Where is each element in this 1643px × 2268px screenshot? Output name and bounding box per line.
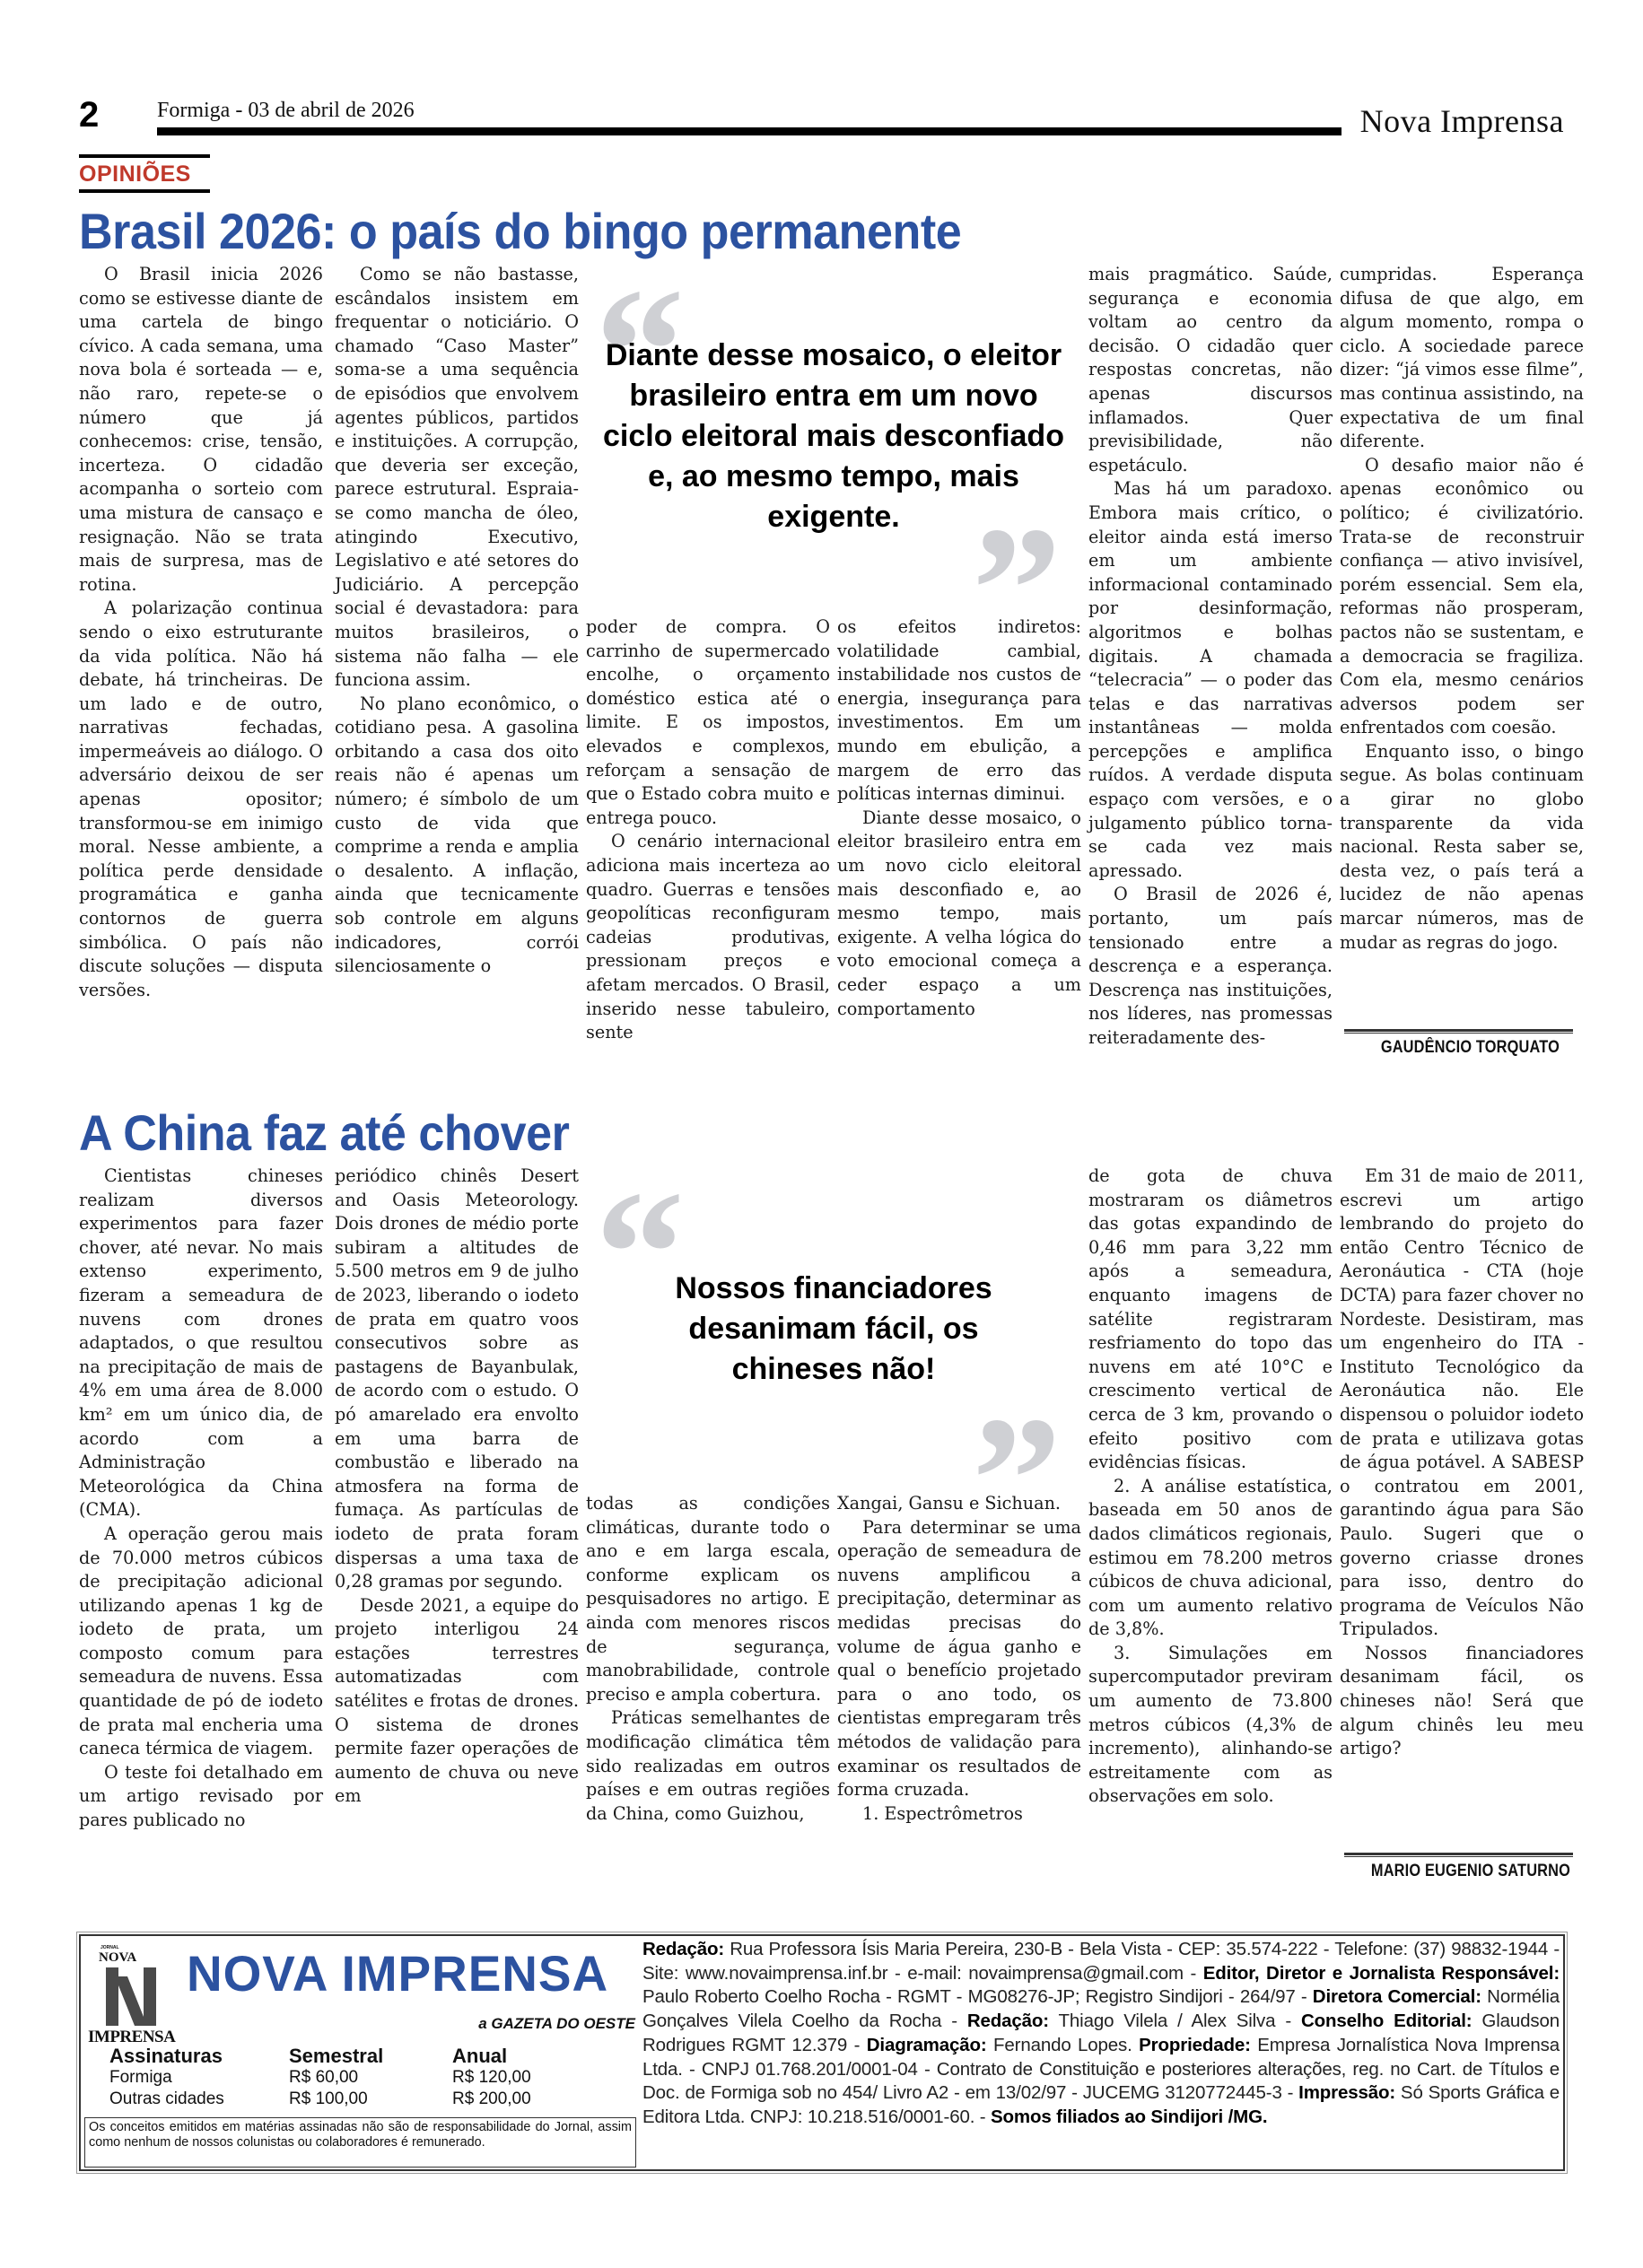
- newspaper-name: Nova Imprensa: [1360, 102, 1564, 140]
- imprint-label: Impressão:: [1298, 2082, 1395, 2103]
- imprint-value: Fernando Lopes.: [987, 2035, 1140, 2055]
- imprint-label: Conselho Editorial:: [1301, 2011, 1472, 2031]
- imprint-label: Redação:: [642, 1939, 724, 1959]
- pull-quote: “ Diante desse mosaico, o eleitor brasil…: [586, 269, 1081, 610]
- paragraph: de gota de chuva mostraram os diâmetros …: [1088, 1165, 1333, 1475]
- subscription-city: Outras cidades: [109, 2089, 289, 2109]
- author-signature: GAUDÊNCIO TORQUATO: [1315, 1038, 1560, 1058]
- paragraph: todas as condições climáticas, durante t…: [586, 1492, 830, 1706]
- article-column: cumpridas. Esperança difusa de que algo,…: [1340, 263, 1584, 955]
- imprint-value: Paulo Roberto Coelho Rocha - RGMT - MG08…: [642, 1986, 1313, 2007]
- imprint-label: Editor, Diretor e Jornalista Responsável…: [1203, 1963, 1560, 1984]
- paragraph: 2. A análise estatística, baseada em 50 …: [1088, 1475, 1333, 1642]
- page-number: 2: [79, 97, 99, 133]
- article-column: periódico chinês Desert and Oasis Meteor…: [335, 1165, 579, 1809]
- paragraph: O Brasil de 2026 é, portanto, um país te…: [1088, 883, 1333, 1050]
- paragraph: Diante desse mosaico, o eleitor brasilei…: [837, 807, 1081, 1021]
- close-quote-icon: ”: [972, 1391, 1062, 1570]
- paragraph: Enquanto isso, o bingo segue. As bolas c…: [1340, 740, 1584, 955]
- paragraph: Como se não bastasse, escândalos insiste…: [335, 263, 579, 693]
- imprint-label: Diretora Comercial:: [1313, 1986, 1481, 2007]
- paragraph: O Brasil inicia 2026 como se estivesse d…: [79, 263, 323, 597]
- article-column: O Brasil inicia 2026 como se estivesse d…: [79, 263, 323, 1002]
- article-column: mais pragmático. Saúde, segurança e econ…: [1088, 263, 1333, 1051]
- article-headline: Brasil 2026: o país do bingo permanente: [79, 205, 961, 258]
- subscription-annual-price: R$ 120,00: [452, 2068, 596, 2088]
- paragraph: Práticas semelhantes de modificação clim…: [586, 1706, 830, 1826]
- logo-n-icon: [106, 1967, 156, 2026]
- paragraph: cumpridas. Esperança difusa de que algo,…: [1340, 263, 1584, 454]
- paragraph: Em 31 de maio de 2011, escrevi um artigo…: [1340, 1165, 1584, 1642]
- paragraph: Desde 2021, a equipe do projeto interlig…: [335, 1594, 579, 1809]
- pull-quote: “ Nossos financiadores desanimam fácil, …: [586, 1166, 1081, 1489]
- masthead-box: JORNAL NOVA IMPRENSA NOVA IMPRENSA a GAZ…: [79, 1934, 1565, 2171]
- paragraph: periódico chinês Desert and Oasis Meteor…: [335, 1165, 579, 1594]
- pull-quote-text: Nossos financiadores desanimam fácil, os…: [586, 1269, 1081, 1390]
- subscriptions-row: Outras cidades R$ 100,00 R$ 200,00: [109, 2089, 596, 2110]
- subscription-annual-price: R$ 200,00: [452, 2089, 596, 2109]
- signature-rule: [1344, 1853, 1573, 1857]
- imprint-label: Redação:: [967, 2011, 1049, 2031]
- subscriptions-table: Assinaturas Semestral Anual Formiga R$ 6…: [109, 2046, 596, 2110]
- subscription-semestral-price: R$ 60,00: [289, 2068, 452, 2088]
- disclaimer: Os conceitos emitidos em matérias assina…: [84, 2117, 636, 2168]
- article-column: poder de compra. O carrinho de supermerc…: [586, 615, 830, 1045]
- subscriptions-header: Anual: [452, 2045, 596, 2068]
- newspaper-logo: JORNAL NOVA IMPRENSA: [88, 1945, 169, 2044]
- paragraph: mais pragmático. Saúde, segurança e econ…: [1088, 263, 1333, 477]
- paragraph: A operação gerou mais de 70.000 metros c…: [79, 1522, 323, 1761]
- paragraph: A polarização continua sendo o eixo estr…: [79, 597, 323, 1002]
- subscriptions-header-row: Assinaturas Semestral Anual: [109, 2046, 596, 2067]
- imprint-label: Somos filiados ao Sindijori /MG.: [991, 2107, 1267, 2127]
- paragraph: No plano econômico, o cotidiano pesa. A …: [335, 693, 579, 979]
- header-rule: [157, 127, 1341, 135]
- paragraph: 1. Espectrômetros: [837, 1802, 1081, 1827]
- paragraph: O teste foi detalhado em um artigo revis…: [79, 1761, 323, 1833]
- imprint-value: Thiago Vilela / Alex Silva -: [1049, 2011, 1301, 2031]
- author-signature: MARIO EUGENIO SATURNO: [1315, 1862, 1570, 1881]
- article-column: Em 31 de maio de 2011, escrevi um artigo…: [1340, 1165, 1584, 1761]
- imprint-label: Propriedade:: [1139, 2035, 1251, 2055]
- paragraph: Mas há um paradoxo. Embora mais crítico,…: [1088, 477, 1333, 883]
- paragraph: O cenário internacional adiciona mais in…: [586, 830, 830, 1044]
- masthead-title: NOVA IMPRENSA: [187, 1949, 608, 1999]
- article-column: de gota de chuva mostraram os diâmetros …: [1088, 1165, 1333, 1809]
- paragraph: poder de compra. O carrinho de supermerc…: [586, 615, 830, 830]
- imprint-label: Diagramação:: [867, 2035, 987, 2055]
- signature-rule: [1344, 1029, 1573, 1034]
- section-tag: OPINIÕES: [79, 154, 210, 193]
- subscription-semestral-price: R$ 100,00: [289, 2089, 452, 2109]
- close-quote-icon: ”: [972, 501, 1062, 680]
- dateline: Formiga - 03 de abril de 2026: [157, 99, 415, 123]
- paragraph: 3. Simulações em supercomputador previra…: [1088, 1642, 1333, 1809]
- subscriptions-header: Semestral: [289, 2045, 452, 2068]
- paragraph: Nossos financiadores desanimam fácil, os…: [1340, 1642, 1584, 1761]
- subscription-city: Formiga: [109, 2068, 289, 2088]
- paragraph: Cientistas chineses realizam diversos ex…: [79, 1165, 323, 1522]
- logo-nova-text: NOVA: [99, 1950, 136, 1966]
- subscriptions-header: Assinaturas: [109, 2045, 289, 2068]
- article-headline: A China faz até chover: [79, 1106, 569, 1160]
- article-column: todas as condições climáticas, durante t…: [586, 1492, 830, 1826]
- imprint-text: Redação: Rua Professora Ísis Maria Perei…: [642, 1938, 1560, 2130]
- article-column: Como se não bastasse, escândalos insiste…: [335, 263, 579, 979]
- paragraph: O desafio maior não é apenas econômico o…: [1340, 454, 1584, 740]
- masthead-subtitle: a GAZETA DO OESTE: [187, 2015, 635, 2033]
- article-column: Cientistas chineses realizam diversos ex…: [79, 1165, 323, 1833]
- subscriptions-row: Formiga R$ 60,00 R$ 120,00: [109, 2067, 596, 2089]
